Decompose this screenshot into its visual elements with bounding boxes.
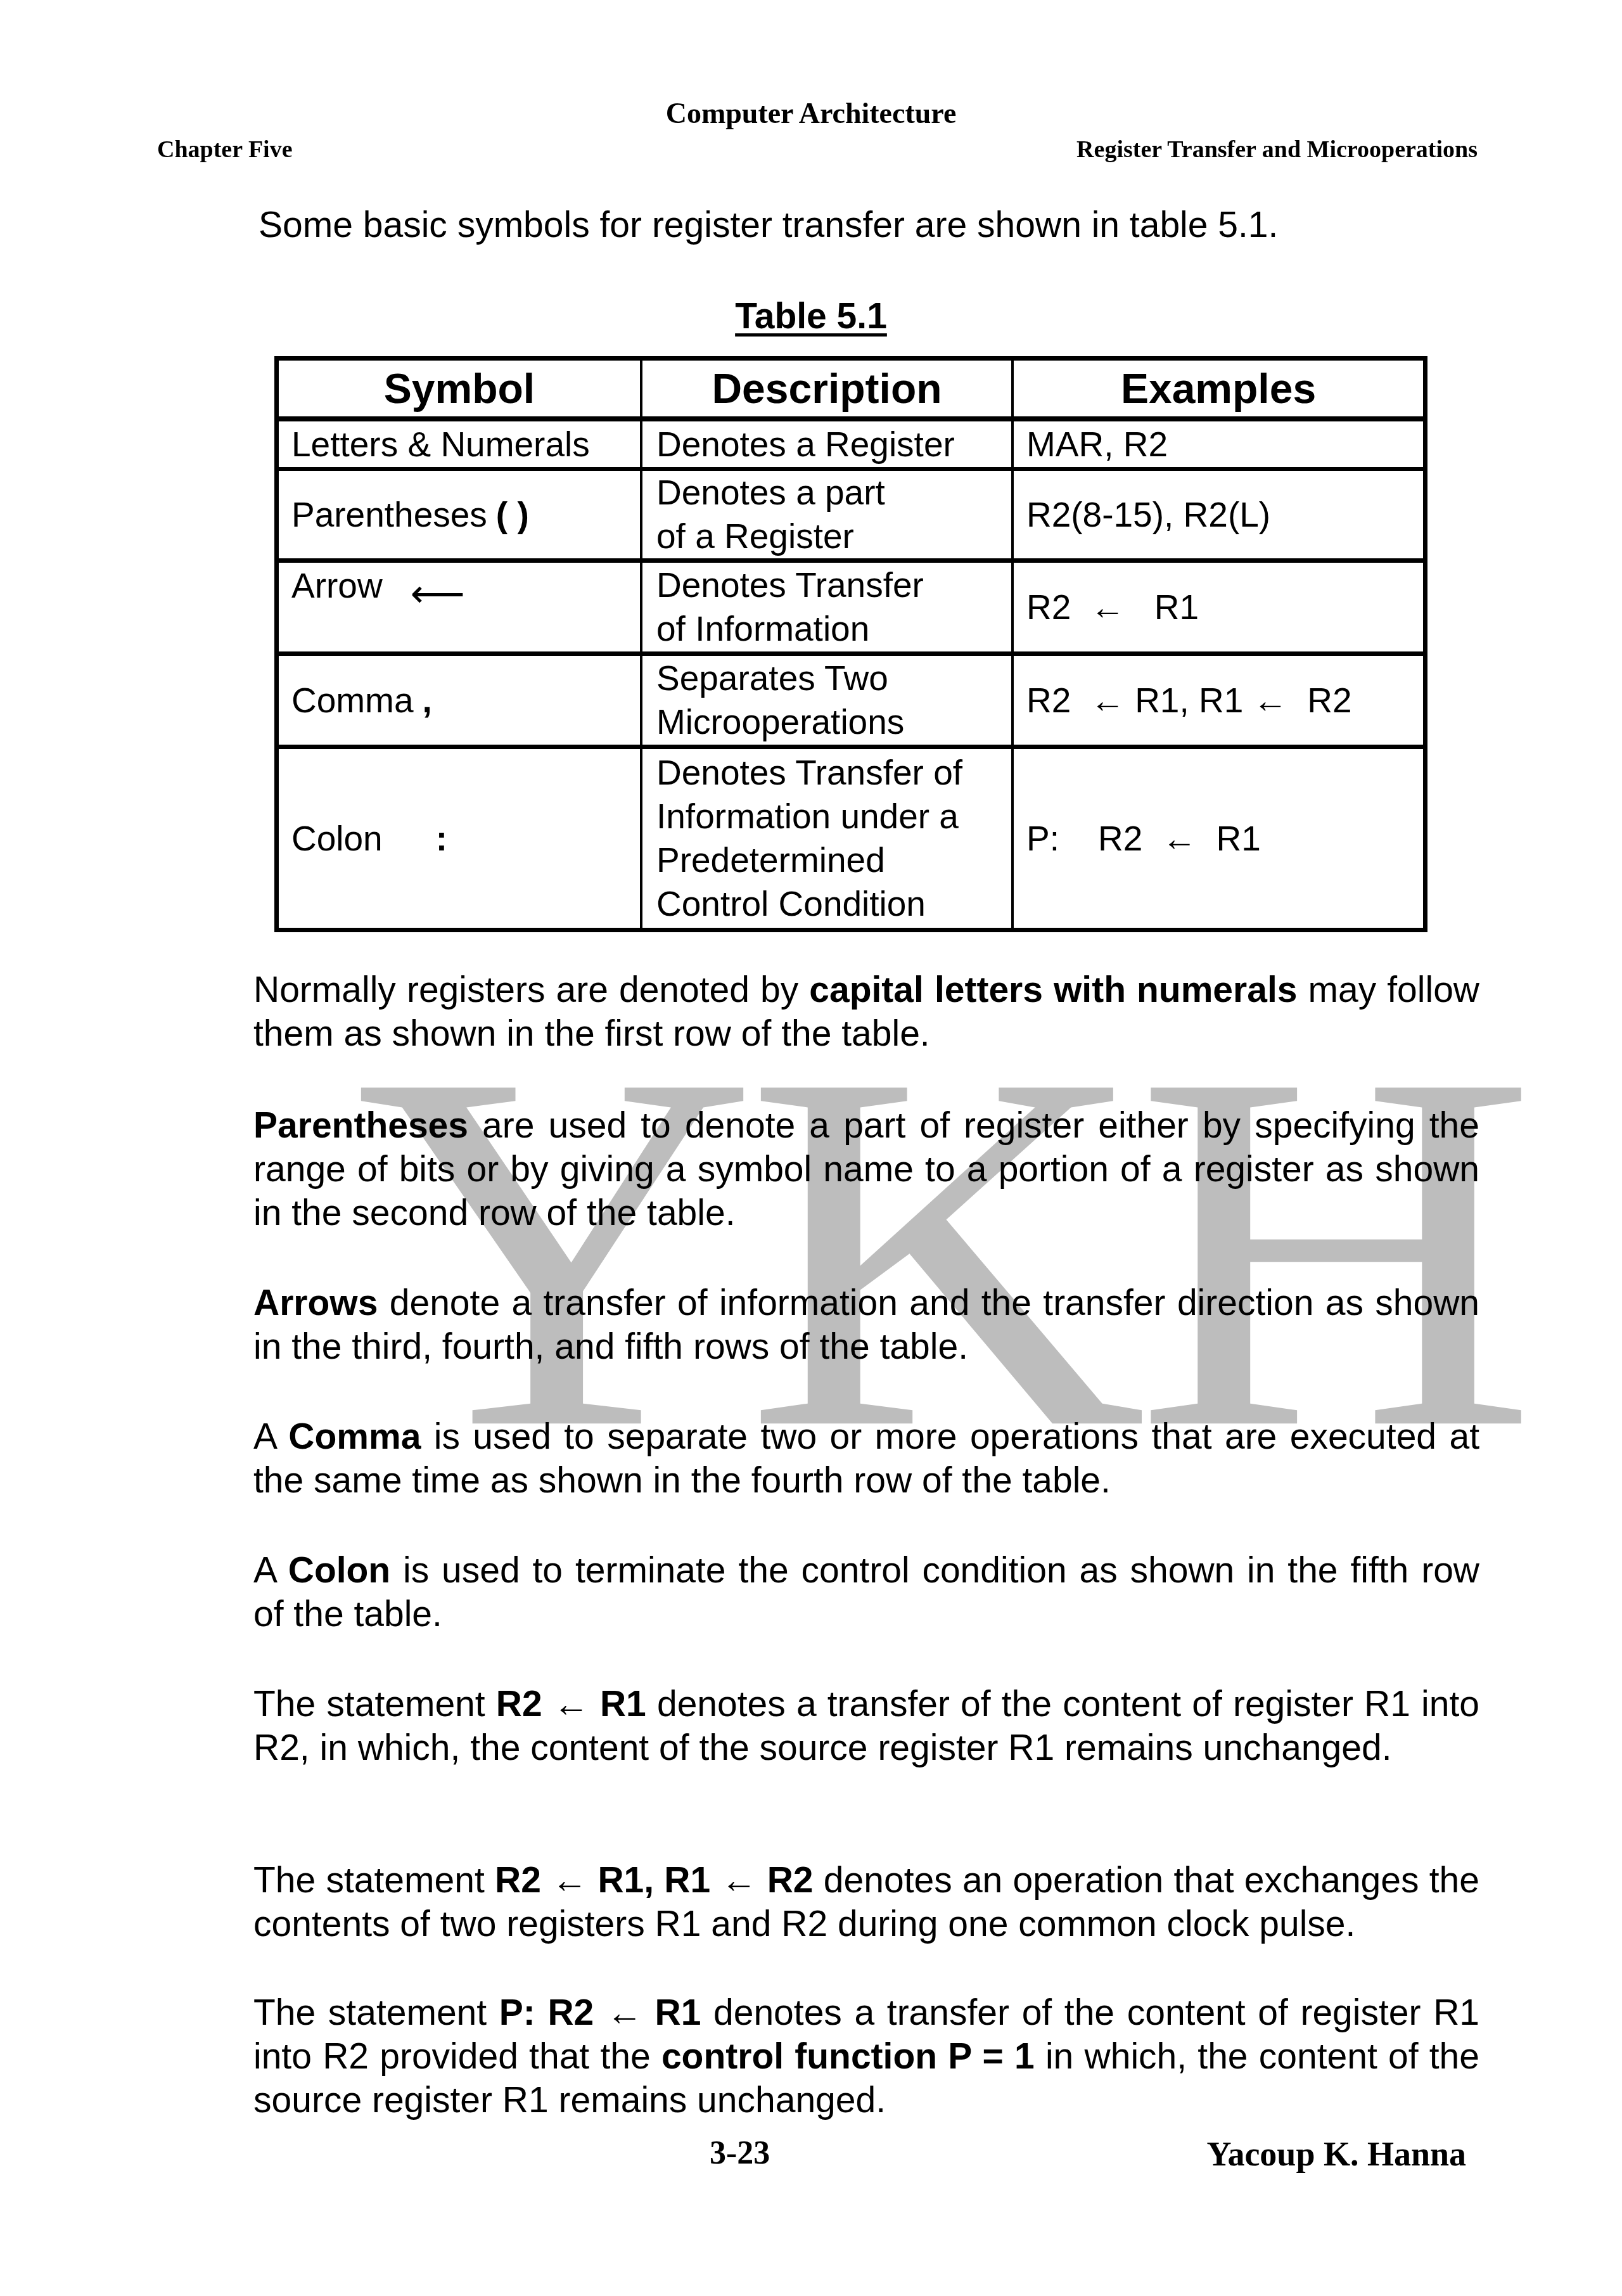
bold-term: R2 (496, 1684, 542, 1724)
para-comma: A Comma is used to separate two or more … (253, 1415, 1479, 1503)
chapter-label: Chapter Five (157, 136, 293, 164)
text-run: A (253, 1416, 288, 1457)
description-line: Denotes a Register (656, 423, 999, 466)
text-run: denote a transfer of information and the… (253, 1283, 1479, 1367)
text-run: is used to separate two or more operatio… (253, 1416, 1479, 1501)
symbol-name: Parentheses (291, 495, 487, 534)
para-simple-transfer: The statement R2 ← R1 denotes a transfer… (253, 1683, 1479, 1770)
column-header-description: Description (641, 359, 1012, 420)
text-run: A (253, 1550, 288, 1591)
bold-term: R1, R1 (597, 1860, 710, 1901)
symbol-glyph: ( ) (496, 495, 529, 534)
column-header-examples: Examples (1012, 359, 1426, 420)
description-cell: Denotes Transfer ofInformation under aPr… (641, 747, 1012, 930)
text-run: The statement (253, 1992, 499, 2033)
symbol-name: Arrow (291, 566, 383, 605)
para-conditional-transfer: The statement P: R2 ← R1 denotes a trans… (253, 1991, 1479, 2122)
description-line: of a Register (656, 515, 999, 558)
description-cell: Denotes Transferof Information (641, 561, 1012, 654)
text-run: ← (594, 1992, 655, 2033)
description-line: Information under a (656, 795, 999, 838)
bold-term: Colon (288, 1550, 390, 1591)
example-cell: R2 ← R1, R1 ← R2 (1012, 654, 1426, 747)
para-register-naming: Normally registers are denoted by capita… (253, 968, 1479, 1056)
text-run: ← (541, 1860, 598, 1901)
symbol-name: Comma (291, 681, 414, 720)
page-number: 3-23 (710, 2134, 770, 2172)
table-row: Colon:Denotes Transfer ofInformation und… (277, 747, 1426, 930)
symbol-glyph: , (423, 681, 432, 720)
table-row: Arrow⟵Denotes Transferof InformationR2 ←… (277, 561, 1426, 654)
symbol-name: Letters & Numerals (291, 425, 590, 464)
bold-term: Parentheses (253, 1105, 468, 1146)
bold-term: R2 (495, 1860, 541, 1901)
author-name: Yacoup K. Hanna (1206, 2134, 1466, 2174)
description-cell: Separates TwoMicrooperations (641, 654, 1012, 747)
description-line: Denotes Transfer of (656, 751, 999, 795)
example-cell: R2(8-15), R2(L) (1012, 469, 1426, 561)
text-run: The statement (253, 1684, 496, 1724)
bold-term: P: R2 (499, 1992, 594, 2033)
symbols-table: Symbol Description Examples Letters & Nu… (274, 356, 1427, 932)
section-title: Register Transfer and Microoperations (1076, 136, 1478, 164)
table-header-row: Symbol Description Examples (277, 359, 1426, 420)
description-cell: Denotes a Register (641, 419, 1012, 469)
para-exchange: The statement R2 ← R1, R1 ← R2 denotes a… (253, 1859, 1479, 1946)
description-line: Predetermined (656, 838, 999, 882)
symbol-glyph: : (436, 819, 447, 858)
bold-term: Arrows (253, 1283, 378, 1323)
description-line: Denotes Transfer (656, 563, 999, 607)
symbol-cell: Parentheses( ) (277, 469, 642, 561)
left-arrow-icon: ⟵ (411, 572, 465, 615)
table-row: Comma,Separates TwoMicrooperationsR2 ← R… (277, 654, 1426, 747)
text-run: Normally registers are denoted by (253, 970, 809, 1010)
table-row: Letters & NumeralsDenotes a RegisterMAR,… (277, 419, 1426, 469)
example-cell: P: R2 ← R1 (1012, 747, 1426, 930)
intro-sentence: Some basic symbols for register transfer… (259, 204, 1278, 246)
bold-term: capital letters with numerals (809, 970, 1297, 1010)
symbol-cell: Colon: (277, 747, 642, 930)
symbol-name: Colon (291, 819, 383, 858)
description-line: Microoperations (656, 700, 999, 744)
description-line: Separates Two (656, 657, 999, 700)
example-cell: MAR, R2 (1012, 419, 1426, 469)
bold-term: R1 (655, 1992, 701, 2033)
text-run: ← (710, 1860, 767, 1901)
para-arrows: Arrows denote a transfer of information … (253, 1281, 1479, 1369)
table-row: Parentheses( )Denotes a partof a Registe… (277, 469, 1426, 561)
bold-term: R2 (767, 1860, 814, 1901)
description-line: Control Condition (656, 882, 999, 926)
example-cell: R2 ← R1 (1012, 561, 1426, 654)
description-cell: Denotes a partof a Register (641, 469, 1012, 561)
book-title: Computer Architecture (0, 96, 1622, 130)
text-run: The statement (253, 1860, 495, 1901)
symbol-cell: Comma, (277, 654, 642, 747)
description-line: of Information (656, 607, 999, 651)
text-run: is used to terminate the control conditi… (253, 1550, 1479, 1634)
table-caption: Table 5.1 (0, 295, 1622, 337)
bold-term: Comma (288, 1416, 421, 1457)
bold-term: control function P = 1 (661, 2036, 1035, 2077)
column-header-symbol: Symbol (277, 359, 642, 420)
bold-term: R1 (600, 1684, 646, 1724)
para-parentheses: Parentheses are used to denote a part of… (253, 1104, 1479, 1235)
symbol-cell: Letters & Numerals (277, 419, 642, 469)
symbol-cell: Arrow⟵ (277, 561, 642, 654)
description-line: Denotes a part (656, 471, 999, 515)
text-run: ← (542, 1684, 600, 1724)
para-colon: A Colon is used to terminate the control… (253, 1549, 1479, 1636)
